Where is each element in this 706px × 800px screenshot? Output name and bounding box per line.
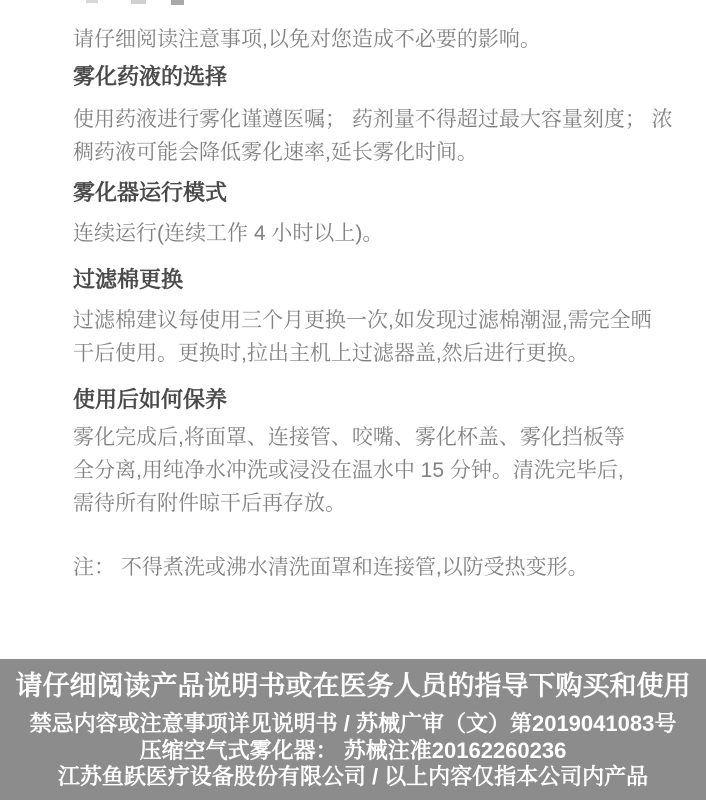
section-heading-medication-choice: 雾化药液的选择 — [73, 63, 227, 91]
note-text: 注： 不得煮洗或沸水清洗面罩和连接管,以防受热变形。 — [73, 551, 589, 584]
cut-off-heading-fragment — [131, 0, 146, 4]
footer-company-line: 江苏鱼跃医疗设备股份有限公司 / 以上内容仅指本公司内产品 — [0, 764, 706, 790]
footer-ad-approval-line: 禁忌内容或注意事项详见说明书 / 苏械广审（文）第2019041083号 — [0, 711, 706, 737]
section-heading-after-use-care: 使用后如何保养 — [73, 386, 227, 414]
section-heading-operation-mode: 雾化器运行模式 — [73, 179, 227, 207]
section-body-filter-replacement: 过滤棉建议每使用三个月更换一次,如发现过滤棉潮湿,需完全晒 干后使用。更换时,拉… — [73, 304, 652, 370]
product-notice-page: 请仔细阅读注意事项,以免对您造成不必要的影响。 雾化药液的选择 使用药液进行雾化… — [0, 0, 706, 800]
intro-text: 请仔细阅读注意事项,以免对您造成不必要的影响。 — [73, 23, 541, 56]
section-heading-filter-replacement: 过滤棉更换 — [73, 266, 183, 294]
footer-warning-line: 请仔细阅读产品说明书或在医务人员的指导下购买和使用 — [0, 669, 706, 703]
section-body-operation-mode: 连续运行(连续工作 4 小时以上)。 — [73, 217, 383, 250]
cut-off-heading-fragment — [86, 0, 98, 3]
section-body-after-use-care: 雾化完成后,将面罩、连接管、咬嘴、雾化杯盖、雾化挡板等 全分离,用纯净水冲洗或浸… — [73, 421, 625, 520]
section-body-medication-choice: 使用药液进行雾化谨遵医嘱； 药剂量不得超过最大容量刻度； 浓 稠药液可能会降低雾… — [73, 103, 673, 169]
compliance-footer: 请仔细阅读产品说明书或在医务人员的指导下购买和使用 禁忌内容或注意事项详见说明书… — [0, 659, 706, 800]
cut-off-heading-fragment — [171, 0, 184, 5]
footer-registration-line: 压缩空气式雾化器： 苏械注准20162260236 — [0, 738, 706, 764]
